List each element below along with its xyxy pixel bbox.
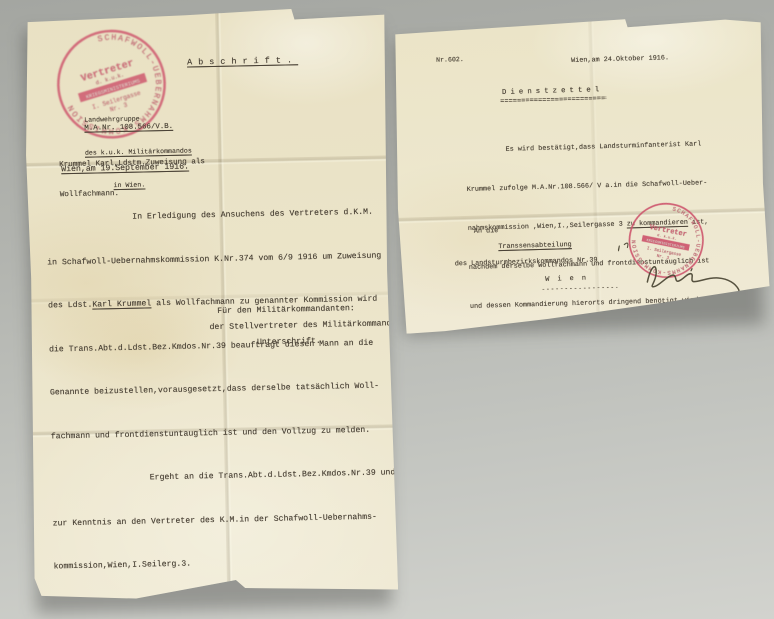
highlighted-name: Karl Krummel xyxy=(92,299,151,309)
body-line: zur Kenntnis an den Vertreter des K.M.in… xyxy=(53,510,405,532)
body-line: die Trans.Abt.d.Ldst.Bez.Kmdos.Nr.39 bea… xyxy=(49,336,401,358)
body-line: des oben zitierten Befehles. xyxy=(472,372,734,392)
body-line: fachmann und frontdienstuntauglich ist u… xyxy=(51,423,403,445)
body-line: Genannte beizustellen,vorausgesetzt,dass… xyxy=(50,379,402,401)
body-line: Krummel zufolge M.A.Nr.108.566/ V a.in d… xyxy=(467,177,729,197)
left-document-page: SCHAFWOLL-UEBERNAHMS-KOMMISSION Vertrete… xyxy=(22,6,398,601)
signature-placeholder: Unterschrift. xyxy=(257,337,321,347)
right-document-page: Nr.602. Wien,am 24.Oktober 1916. Dienstz… xyxy=(392,12,771,334)
photo-of-documents: { "colors": { "surface_top": "#a4a6a1", … xyxy=(0,0,774,619)
document-number: Nr.602. xyxy=(436,56,464,64)
address-line: An die xyxy=(474,227,499,236)
address-city: Wien xyxy=(545,274,594,283)
body-line: in Schafwoll-Uebernahmskommission K.Nr.3… xyxy=(47,249,399,271)
body-text: des Ldst. xyxy=(48,301,92,311)
copy-heading: Abschrift. xyxy=(187,55,298,67)
body-line: Zur Bekräftigung überbringt derselbe ein… xyxy=(471,333,733,353)
body-line: kommission,Wien,I.Seilerg.3. xyxy=(53,553,405,575)
body-line: Es wird bestätigt,dass Landsturminfanter… xyxy=(465,138,727,158)
pen-note-mark xyxy=(618,243,628,251)
letter-body: In Erledigung des Ansuchens des Vertrete… xyxy=(46,176,407,604)
body-line: Ergeht an die Trans.Abt.d.Ldst.Bez.Kmdos… xyxy=(52,466,404,488)
body-line: In Erledigung des Ansuchens des Vertrete… xyxy=(46,205,398,227)
dateline: Wien,am 24.Oktober 1916. xyxy=(571,54,669,65)
